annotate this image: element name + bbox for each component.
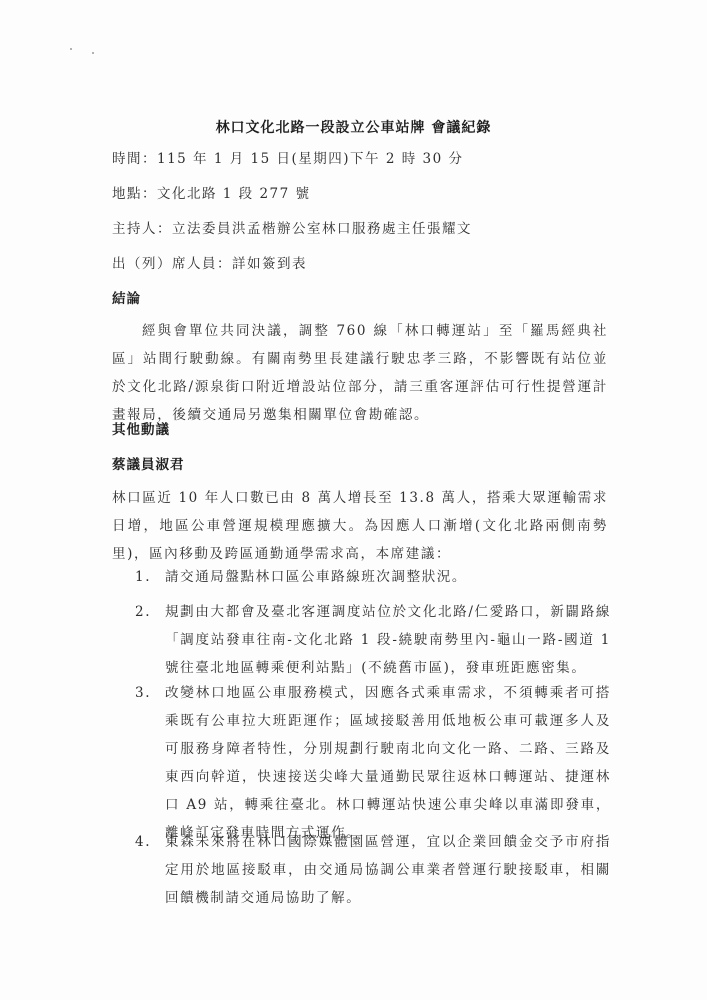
scan-speck <box>92 52 94 54</box>
list-item-number: 2. <box>135 598 165 682</box>
conclusion-heading: 結論 <box>112 287 141 307</box>
list-item: 2. 規劃由大都會及臺北客運調度站位於文化北路/仁愛路口，新闢路線「調度站發車往… <box>135 598 611 682</box>
meeting-attendees-value: 詳如簽到表 <box>232 256 307 272</box>
document-page: 林口文化北路一段設立公車站牌 會議紀錄 時間：115 年 1 月 15 日(星期… <box>0 0 707 1000</box>
scan-speck <box>70 48 72 50</box>
meeting-host: 主持人：立法委員洪孟楷辦公室林口服務處主任張耀文 <box>112 217 472 237</box>
meeting-location-value: 文化北路 1 段 277 號 <box>157 186 311 202</box>
meeting-location-label: 地點： <box>112 186 157 202</box>
meeting-time: 時間：115 年 1 月 15 日(星期四)下午 2 時 30 分 <box>112 147 463 167</box>
list-item-number: 4. <box>135 828 165 912</box>
document-title: 林口文化北路一段設立公車站牌 會議紀錄 <box>0 117 707 137</box>
list-item: 4. 東森未來將在林口國際媒體園區營運，宜以企業回饋金交予市府指定用於地區接駁車… <box>135 828 611 912</box>
list-item: 1. 請交通局盤點林口區公車路線班次調整狀況。 <box>135 563 611 591</box>
list-item-number: 3. <box>135 679 165 847</box>
meeting-attendees: 出（列）席人員：詳如簽到表 <box>112 252 307 272</box>
list-item-number: 1. <box>135 563 165 591</box>
meeting-location: 地點：文化北路 1 段 277 號 <box>112 182 311 202</box>
meeting-host-label: 主持人： <box>112 221 172 237</box>
meeting-host-value: 立法委員洪孟楷辦公室林口服務處主任張耀文 <box>172 221 472 237</box>
speaker-name: 蔡議員淑君 <box>112 453 185 473</box>
list-item-text: 請交通局盤點林口區公車路線班次調整狀況。 <box>165 563 611 591</box>
list-item-text: 改變林口地區公車服務模式，因應各式乘車需求，不須轉乘者可搭乘既有公車拉大班距運作… <box>165 679 611 847</box>
list-item-text: 東森未來將在林口國際媒體園區營運，宜以企業回饋金交予市府指定用於地區接駁車，由交… <box>165 828 611 912</box>
list-item-text: 規劃由大都會及臺北客運調度站位於文化北路/仁愛路口，新闢路線「調度站發車往南-文… <box>165 598 611 682</box>
conclusion-body: 經與會單位共同決議，調整 760 線「林口轉運站」至「羅馬經典社區」站間行駛動線… <box>112 317 608 429</box>
meeting-time-label: 時間： <box>112 151 157 167</box>
other-motions-heading: 其他動議 <box>112 418 170 438</box>
meeting-time-value: 115 年 1 月 15 日(星期四)下午 2 時 30 分 <box>157 151 463 167</box>
list-item: 3. 改變林口地區公車服務模式，因應各式乘車需求，不須轉乘者可搭乘既有公車拉大班… <box>135 679 611 847</box>
meeting-attendees-label: 出（列）席人員： <box>112 256 232 272</box>
speaker-intro: 林口區近 10 年人口數已由 8 萬人增長至 13.8 萬人，搭乘大眾運輸需求日… <box>112 484 608 568</box>
